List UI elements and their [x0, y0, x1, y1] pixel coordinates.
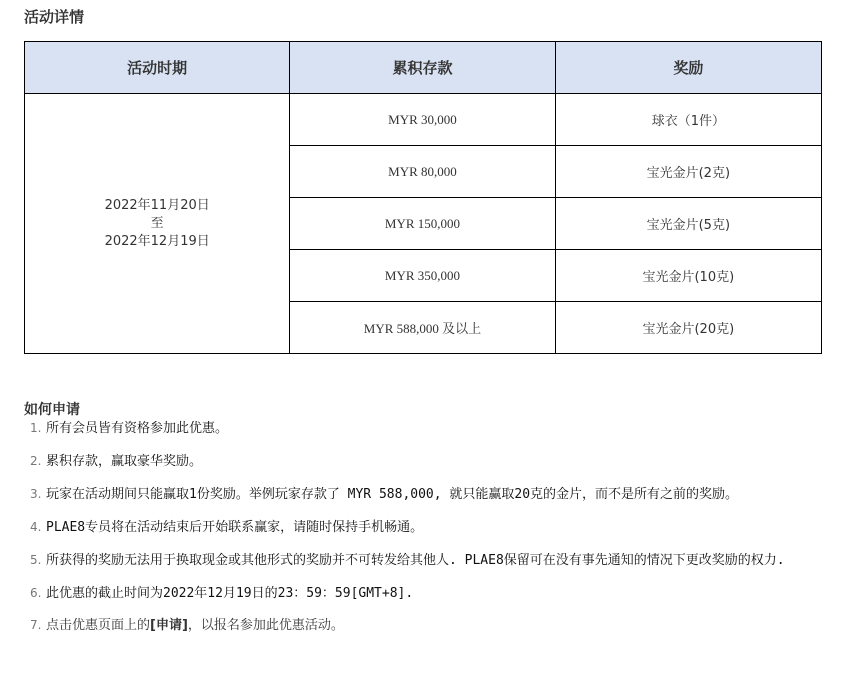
- list-item: 6. 此优惠的截止时间为2022年12月19日的23：59：59[GMT+8].: [24, 584, 824, 603]
- period-separator: 至: [25, 215, 289, 233]
- step-number: 6.: [30, 584, 41, 603]
- reward-value: 宝光金片(2克): [555, 146, 821, 198]
- step-number: 5.: [30, 551, 41, 570]
- page-title: 活动详情: [24, 6, 84, 27]
- promo-table: 活动时期 累积存款 奖励 2022年11月20日 至 2022年12月19日 M…: [24, 41, 822, 354]
- deposit-amount: MYR 350,000: [290, 250, 555, 302]
- step-text: 所获得的奖励无法用于换取现金或其他形式的奖励并不可转发给其他人. PLAE8保留…: [46, 553, 785, 568]
- list-item: 3. 玩家在活动期间只能赢取1份奖励。举例玩家存款了 MYR 588,000, …: [24, 485, 824, 504]
- section-title: 如何申请: [24, 401, 824, 419]
- list-item: 1. 所有会员皆有资格参加此优惠。: [24, 419, 824, 438]
- step-text: PLAE8专员将在活动结束后开始联系赢家，请随时保持手机畅通。: [46, 520, 423, 535]
- header-reward: 奖励: [555, 42, 821, 94]
- step-number: 1.: [30, 419, 41, 438]
- steps-list: 1. 所有会员皆有资格参加此优惠。 2. 累积存款，赢取豪华奖励。 3. 玩家在…: [24, 419, 824, 635]
- list-item: 5. 所获得的奖励无法用于换取现金或其他形式的奖励并不可转发给其他人. PLAE…: [24, 551, 824, 570]
- period-start: 2022年11月20日: [25, 197, 289, 215]
- deposit-amount: MYR 150,000: [290, 198, 555, 250]
- step-text-after: ，以报名参加此优惠活动。: [188, 618, 344, 633]
- list-item: 7. 点击优惠页面上的[申请]，以报名参加此优惠活动。: [24, 616, 824, 635]
- header-period: 活动时期: [25, 42, 290, 94]
- deposit-amount: MYR 588,000 及以上: [290, 302, 555, 354]
- list-item: 4. PLAE8专员将在活动结束后开始联系赢家，请随时保持手机畅通。: [24, 518, 824, 537]
- step-number: 2.: [30, 452, 41, 471]
- step-text-before: 点击优惠页面上的: [46, 618, 150, 633]
- step-text: 所有会员皆有资格参加此优惠。: [46, 421, 228, 436]
- step-text: 此优惠的截止时间为2022年12月19日的23：59：59[GMT+8].: [46, 586, 413, 601]
- reward-value: 宝光金片(5克): [555, 198, 821, 250]
- list-item: 2. 累积存款，赢取豪华奖励。: [24, 452, 824, 471]
- step-number: 4.: [30, 518, 41, 537]
- reward-value: 宝光金片(10克): [555, 250, 821, 302]
- table-header-row: 活动时期 累积存款 奖励: [25, 42, 822, 94]
- step-text: 玩家在活动期间只能赢取1份奖励。举例玩家存款了 MYR 588,000, 就只能…: [46, 487, 738, 502]
- step-number: 7.: [30, 616, 41, 635]
- reward-value: 球衣（1件）: [555, 94, 821, 146]
- header-deposit: 累积存款: [290, 42, 555, 94]
- apply-link-text: [申请]: [150, 618, 188, 633]
- how-to-apply-section: 如何申请 1. 所有会员皆有资格参加此优惠。 2. 累积存款，赢取豪华奖励。 3…: [24, 401, 824, 635]
- step-number: 3.: [30, 485, 41, 504]
- table-row: 2022年11月20日 至 2022年12月19日 MYR 30,000 球衣（…: [25, 94, 822, 146]
- deposit-amount: MYR 30,000: [290, 94, 555, 146]
- step-text: 累积存款，赢取豪华奖励。: [46, 454, 202, 469]
- deposit-amount: MYR 80,000: [290, 146, 555, 198]
- period-cell: 2022年11月20日 至 2022年12月19日: [25, 94, 290, 354]
- period-end: 2022年12月19日: [25, 233, 289, 251]
- reward-value: 宝光金片(20克): [555, 302, 821, 354]
